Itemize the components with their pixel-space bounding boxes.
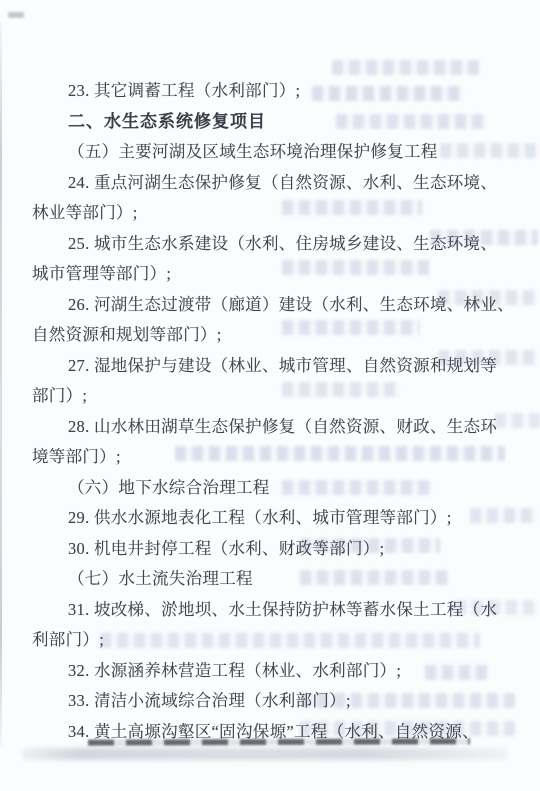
scanned-document-page: 23. 其它调蓄工程（水利部门）;二、水生态系统修复项目（五）主要河湖及区域生态… xyxy=(0,0,540,791)
continuation-line: 境等部门）; xyxy=(0,442,536,473)
subsection-heading: （七）水土流失治理工程 xyxy=(0,564,536,595)
document-body: 23. 其它调蓄工程（水利部门）;二、水生态系统修复项目（五）主要河湖及区域生态… xyxy=(0,76,536,747)
list-item: 28. 山水林田湖草生态保护修复（自然资源、财政、生态环 xyxy=(0,412,536,443)
list-item: 26. 河湖生态过渡带（廊道）建设（水利、生态环境、林业、 xyxy=(0,290,536,321)
continuation-line: 部门）; xyxy=(0,381,536,412)
continuation-line: 利部门）; xyxy=(0,625,536,656)
list-item: 23. 其它调蓄工程（水利部门）; xyxy=(0,76,536,107)
list-item: 30. 机电井封停工程（水利、财政等部门）; xyxy=(0,534,536,565)
subsection-heading: （六）地下水综合治理工程 xyxy=(0,473,536,504)
list-item: 31. 坡改梯、淤地坝、水土保持防护林等蓄水保土工程（水 xyxy=(0,595,536,626)
section-heading: 二、水生态系统修复项目 xyxy=(0,107,536,138)
list-item: 25. 城市生态水系建设（水利、住房城乡建设、生态环境、 xyxy=(0,229,536,260)
continuation-line: 自然资源和规划等部门）; xyxy=(0,320,536,351)
continuation-line: 城市管理等部门）; xyxy=(0,259,536,290)
list-item: 32. 水源涵养林营造工程（林业、水利部门）; xyxy=(0,656,536,687)
bleedthrough-text-artifact xyxy=(332,60,480,75)
list-item: 27. 湿地保护与建设（林业、城市管理、自然资源和规划等 xyxy=(0,351,536,382)
scan-smudge-artifact xyxy=(8,12,24,18)
continuation-line: 林业等部门）; xyxy=(0,198,536,229)
subsection-heading: （五）主要河湖及区域生态环境治理保护修复工程 xyxy=(0,137,536,168)
list-item: 24. 重点河湖生态保护修复（自然资源、水利、生态环境、 xyxy=(0,168,536,199)
list-item: 29. 供水水源地表化工程（水利、城市管理等部门）; xyxy=(0,503,536,534)
list-item: 33. 清洁小流域综合治理（水利部门）; xyxy=(0,686,536,717)
scan-fold-shadow-light xyxy=(22,748,508,760)
